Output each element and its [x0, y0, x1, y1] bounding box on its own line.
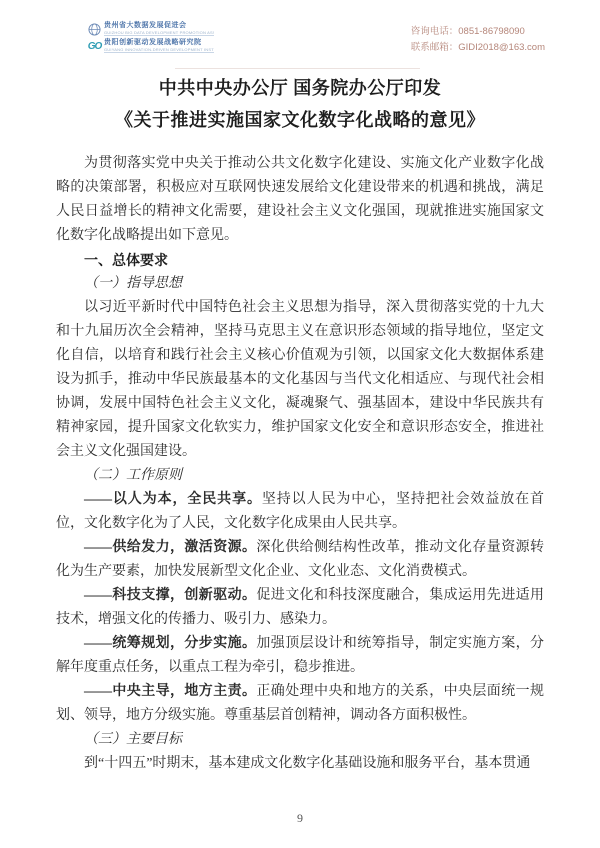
body-paragraph: ——中央主导，地方主责。正确处理中央和地方的关系，中央层面统一规划、领导，地方分…: [56, 680, 544, 728]
org2-logo: GO 贵阳创新驱动发展战略研究院 GUIYANG INNOVATION-DRIV…: [88, 39, 214, 53]
body-paragraph: ——以人为本，全民共享。坚持以人民为中心，坚持把社会效益放在首位，文化数字化为了…: [56, 488, 544, 536]
document-title: 中共中央办公厅 国务院办公厅印发 《关于推进实施国家文化数字化战略的意见》: [56, 72, 544, 136]
document-title-line2: 《关于推进实施国家文化数字化战略的意见》: [56, 104, 544, 136]
contact-info: 咨询电话：0851-86798090 联系邮箱：GIDI2018@163.com: [411, 24, 545, 56]
paragraph-lead: ——统筹规划，分步实施。: [84, 636, 256, 651]
contact-email-label: 联系邮箱：: [411, 42, 459, 53]
contact-phone-value: 0851-86798090: [458, 26, 525, 37]
org2-subtitle: GUIYANG INNOVATION-DRIVEN DEVELOPMENT IN…: [104, 47, 214, 53]
org2-name: 贵阳创新驱动发展战略研究院: [104, 39, 214, 47]
header-divider: [175, 68, 420, 69]
contact-phone: 咨询电话：0851-86798090: [411, 24, 545, 40]
contact-phone-label: 咨询电话：: [411, 26, 459, 37]
paragraph-lead: ——以人为本，全民共享。: [84, 492, 262, 507]
sub-heading: （三）主要目标: [56, 728, 544, 752]
body-paragraph: ——科技支撑，创新驱动。促进文化和科技深度融合，集成运用先进适用技术，增强文化的…: [56, 584, 544, 632]
body-paragraph: ——统筹规划，分步实施。加强顶层设计和统筹指导，制定实施方案，分解年度重点任务，…: [56, 632, 544, 680]
go-logo-icon: GO: [88, 40, 101, 53]
page-header: 贵州省大数据发展促进会 GUIZHOU BIG DATA DEVELOPMENT…: [88, 22, 545, 56]
document-page: 贵州省大数据发展促进会 GUIZHOU BIG DATA DEVELOPMENT…: [0, 0, 600, 848]
body-paragraph: 以习近平新时代中国特色社会主义思想为指导，深入贯彻落实党的十九大和十九届历次全会…: [56, 296, 544, 464]
paragraph-lead: ——科技支撑，创新驱动。: [84, 588, 256, 603]
globe-icon: [88, 23, 101, 36]
contact-email: 联系邮箱：GIDI2018@163.com: [411, 40, 545, 56]
org1-name: 贵州省大数据发展促进会: [104, 22, 214, 30]
paragraph-lead: ——中央主导，地方主责。: [84, 684, 256, 699]
org1-subtitle: GUIZHOU BIG DATA DEVELOPMENT PROMOTION A…: [104, 30, 214, 36]
document-body: 为贯彻落实党中央关于推动公共文化数字化建设、实施文化产业数字化战略的决策部署，积…: [56, 152, 544, 776]
paragraph-lead: ——供给发力，激活资源。: [84, 540, 256, 555]
body-paragraph: 为贯彻落实党中央关于推动公共文化数字化建设、实施文化产业数字化战略的决策部署，积…: [56, 152, 544, 248]
sub-heading: （一）指导思想: [56, 272, 544, 296]
sub-heading: （二）工作原则: [56, 464, 544, 488]
org2-text: 贵阳创新驱动发展战略研究院 GUIYANG INNOVATION-DRIVEN …: [104, 39, 214, 53]
organization-logos: 贵州省大数据发展促进会 GUIZHOU BIG DATA DEVELOPMENT…: [88, 22, 214, 53]
section-heading: 一、总体要求: [56, 248, 544, 272]
document-title-line1: 中共中央办公厅 国务院办公厅印发: [56, 72, 544, 104]
contact-email-value: GIDI2018@163.com: [458, 42, 545, 53]
body-paragraph: 到“十四五”时期末，基本建成文化数字化基础设施和服务平台，基本贯通: [56, 752, 544, 776]
page-number: 9: [0, 811, 600, 826]
org1-text: 贵州省大数据发展促进会 GUIZHOU BIG DATA DEVELOPMENT…: [104, 22, 214, 36]
body-paragraph: ——供给发力，激活资源。深化供给侧结构性改革，推动文化存量资源转化为生产要素，加…: [56, 536, 544, 584]
org1-logo: 贵州省大数据发展促进会 GUIZHOU BIG DATA DEVELOPMENT…: [88, 22, 214, 36]
